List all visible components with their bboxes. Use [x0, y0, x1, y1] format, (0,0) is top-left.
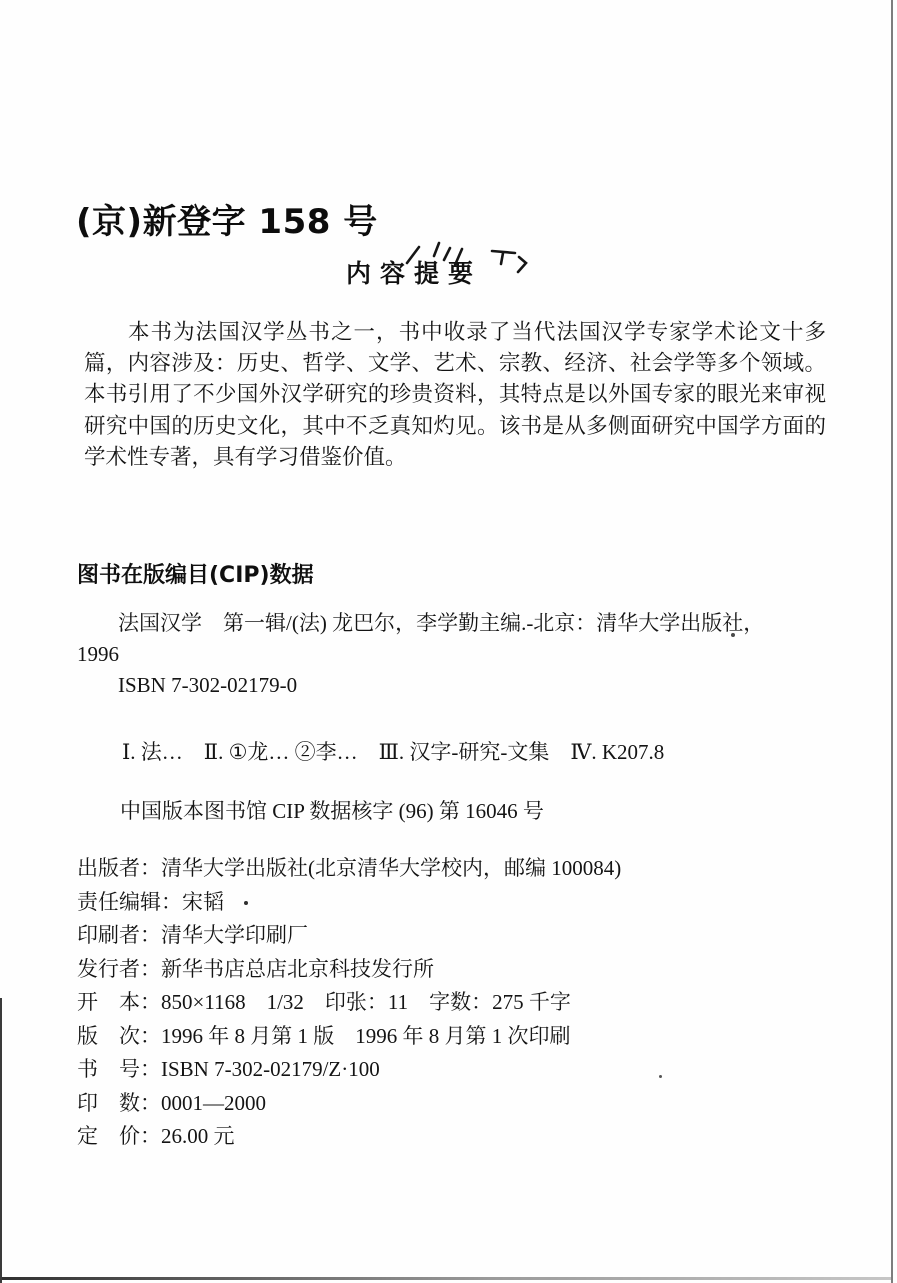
scan-speck	[244, 901, 248, 905]
cip-heading: 图书在版编目(CIP)数据	[77, 558, 314, 589]
colophon-block: 出版者：清华大学出版社(北京清华大学校内，邮编 100084) 责任编辑：宋韬 …	[77, 852, 837, 1154]
colophon-line-distributor: 发行者：新华书店总店北京科技发行所	[77, 953, 837, 987]
scan-speck	[659, 1075, 662, 1078]
scan-speck	[731, 633, 735, 637]
scan-edge-right	[891, 0, 893, 1283]
colophon-line-edition: 版 次：1996 年 8 月第 1 版 1996 年 8 月第 1 次印刷	[77, 1020, 837, 1054]
colophon-line-book-number: 书 号：ISBN 7-302-02179/Z·100	[77, 1053, 837, 1087]
colophon-line-publisher: 出版者：清华大学出版社(北京清华大学校内，邮编 100084)	[77, 852, 837, 886]
classification-line: Ⅰ. 法… Ⅱ. ①龙… ②李… Ⅲ. 汉字-研究-文集 Ⅳ. K207.8	[122, 736, 664, 766]
cip-entry-line-2: 1996	[77, 642, 119, 667]
scan-edge-bottom	[0, 1277, 891, 1280]
book-copyright-page: (京)新登字 158 号 内容提要 本书为法国汉学丛书之一，书中收录了当代法国汉…	[0, 0, 897, 1283]
scan-edge-left-bottom	[0, 998, 2, 1283]
cip-record-number-line: 中国版本图书馆 CIP 数据核字 (96) 第 16046 号	[120, 795, 544, 825]
colophon-line-printer: 印刷者：清华大学印刷厂	[77, 919, 837, 953]
colophon-line-editor: 责任编辑：宋韬	[77, 886, 837, 920]
cip-entry-line-1: 法国汉学 第一辑/(法) 龙巴尔，李学勤主编.-北京：清华大学出版社，	[118, 607, 764, 637]
abstract-paragraph: 本书为法国汉学丛书之一，书中收录了当代法国汉学专家学术论文十多篇，内容涉及：历史…	[84, 317, 826, 473]
registration-number: (京)新登字 158 号	[76, 194, 378, 243]
isbn-line: ISBN 7-302-02179-0	[118, 673, 297, 698]
handwritten-ink-marks-icon	[392, 236, 542, 300]
colophon-line-print-run: 印 数：0001—2000	[77, 1087, 837, 1121]
colophon-line-format: 开 本：850×1168 1/32 印张：11 字数：275 千字	[77, 986, 837, 1020]
colophon-line-price: 定 价：26.00 元	[77, 1120, 837, 1154]
